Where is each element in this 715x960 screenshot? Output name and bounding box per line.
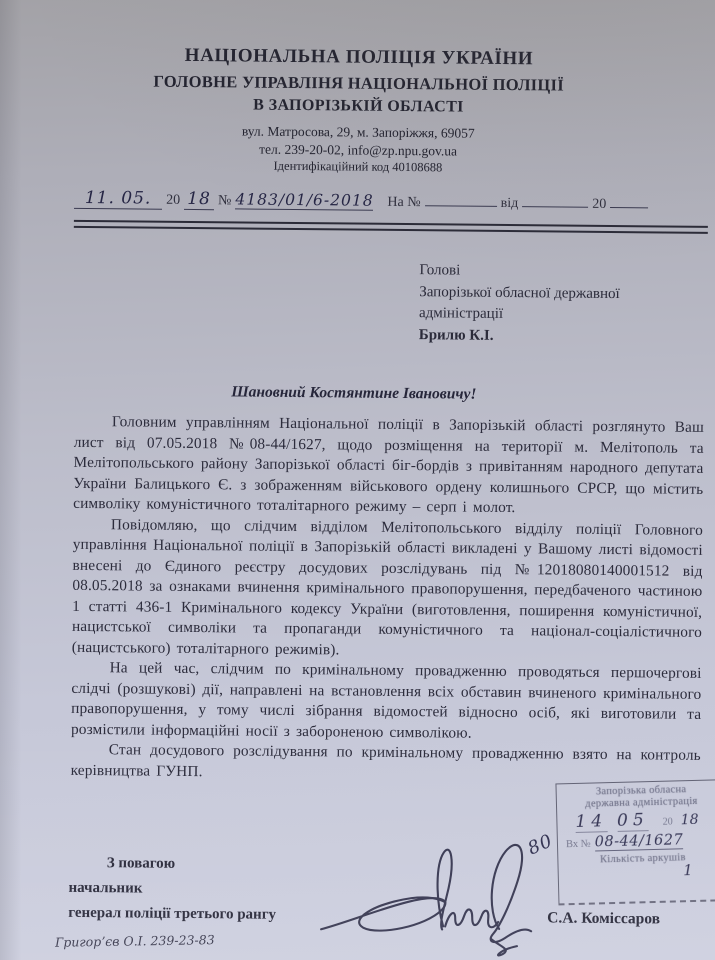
- addressee-org-line2: адміністрації: [419, 303, 620, 326]
- stamp-incoming-label: Вх №: [566, 839, 591, 851]
- signature-ink: [315, 835, 546, 960]
- addressee-org-line1: Запорізької обласної державної: [419, 282, 620, 305]
- stamp-org-line2: державна адміністрація: [565, 795, 715, 810]
- incoming-year-prefix-label: 20: [592, 197, 606, 213]
- letter-body: Головним управлінням Національної поліці…: [71, 412, 705, 787]
- document-photo: НАЦІОНАЛЬНА ПОЛІЦІЯ УКРАЇНИ ГОЛОВНЕ УПРА…: [0, 0, 715, 960]
- incoming-date-label: від: [501, 196, 519, 212]
- outgoing-date-handwritten: 11. 05.: [74, 188, 162, 210]
- addressee-name: Брилю К.І.: [419, 325, 620, 348]
- org-name-line3: В ЗАПОРІЗЬКІЙ ОБЛАСТІ: [1, 94, 715, 119]
- addressee-position: Голові: [419, 260, 620, 283]
- closing-phrase: З повагою: [107, 855, 176, 873]
- year-prefix-label: 20: [166, 193, 180, 209]
- stamp-sheets-value-handwritten: 1: [567, 863, 715, 880]
- org-name-line1: НАЦІОНАЛЬНА ПОЛІЦІЯ УКРАЇНИ: [1, 43, 715, 72]
- letter-page: НАЦІОНАЛЬНА ПОЛІЦІЯ УКРАЇНИ ГОЛОВНЕ УПРА…: [0, 0, 715, 960]
- body-paragraph-2: Повідомляю, що слідчим відділом Мелітопо…: [72, 514, 703, 664]
- outgoing-year-handwritten: 18: [184, 189, 214, 210]
- signer-title-line1: начальник: [68, 880, 142, 898]
- body-paragraph-1: Головним управлінням Національної поліці…: [73, 412, 704, 521]
- addressee-block: Голові Запорізької обласної державної ад…: [419, 260, 620, 348]
- executor-note: Григорʼєв О.І. 239-23-83: [55, 932, 215, 950]
- number-sign-label: №: [218, 193, 232, 209]
- signer-name: С.А. Комiссаров: [547, 909, 660, 928]
- letterhead-divider-rule: [74, 220, 708, 234]
- stamp-year-prefix: 20: [663, 817, 673, 828]
- incoming-date-blank: [522, 192, 588, 208]
- incoming-number-label: На №: [387, 195, 420, 211]
- stamp-year-handwritten: 18: [680, 812, 698, 828]
- stamp-month-handwritten: 05: [617, 810, 649, 832]
- salutation: Шановний Костянтине Івановичу!: [231, 383, 476, 403]
- stamp-date-row: 14 05 20 18: [565, 808, 715, 833]
- stamp-day-handwritten: 14: [575, 811, 607, 833]
- body-paragraph-4: Стан досудового розслідування по криміна…: [71, 740, 701, 787]
- outgoing-number-handwritten: 4183/01/6-2018: [235, 190, 373, 210]
- stamp-incoming-number-handwritten: 08-44/1627: [595, 832, 684, 851]
- stamp-incoming-row: Вх № 08-44/1627: [566, 831, 715, 852]
- body-paragraph-3: На цей час, слідчим по кримінальному про…: [71, 658, 702, 746]
- incoming-year-blank: [610, 193, 648, 208]
- incoming-number-blank: [425, 191, 497, 207]
- org-name-line2: ГОЛОВНЕ УПРАВЛІНЯ НАЦІОНАЛЬНОЇ ПОЛІЦІЇ: [1, 70, 715, 97]
- incoming-registration-stamp: Запорізька обласна державна адміністраці…: [555, 779, 715, 905]
- signer-title-line2: генерал поліції третього рангу: [68, 905, 276, 924]
- reference-line: 11. 05. 20 18 № 4183/01/6-2018 На № від …: [74, 188, 674, 215]
